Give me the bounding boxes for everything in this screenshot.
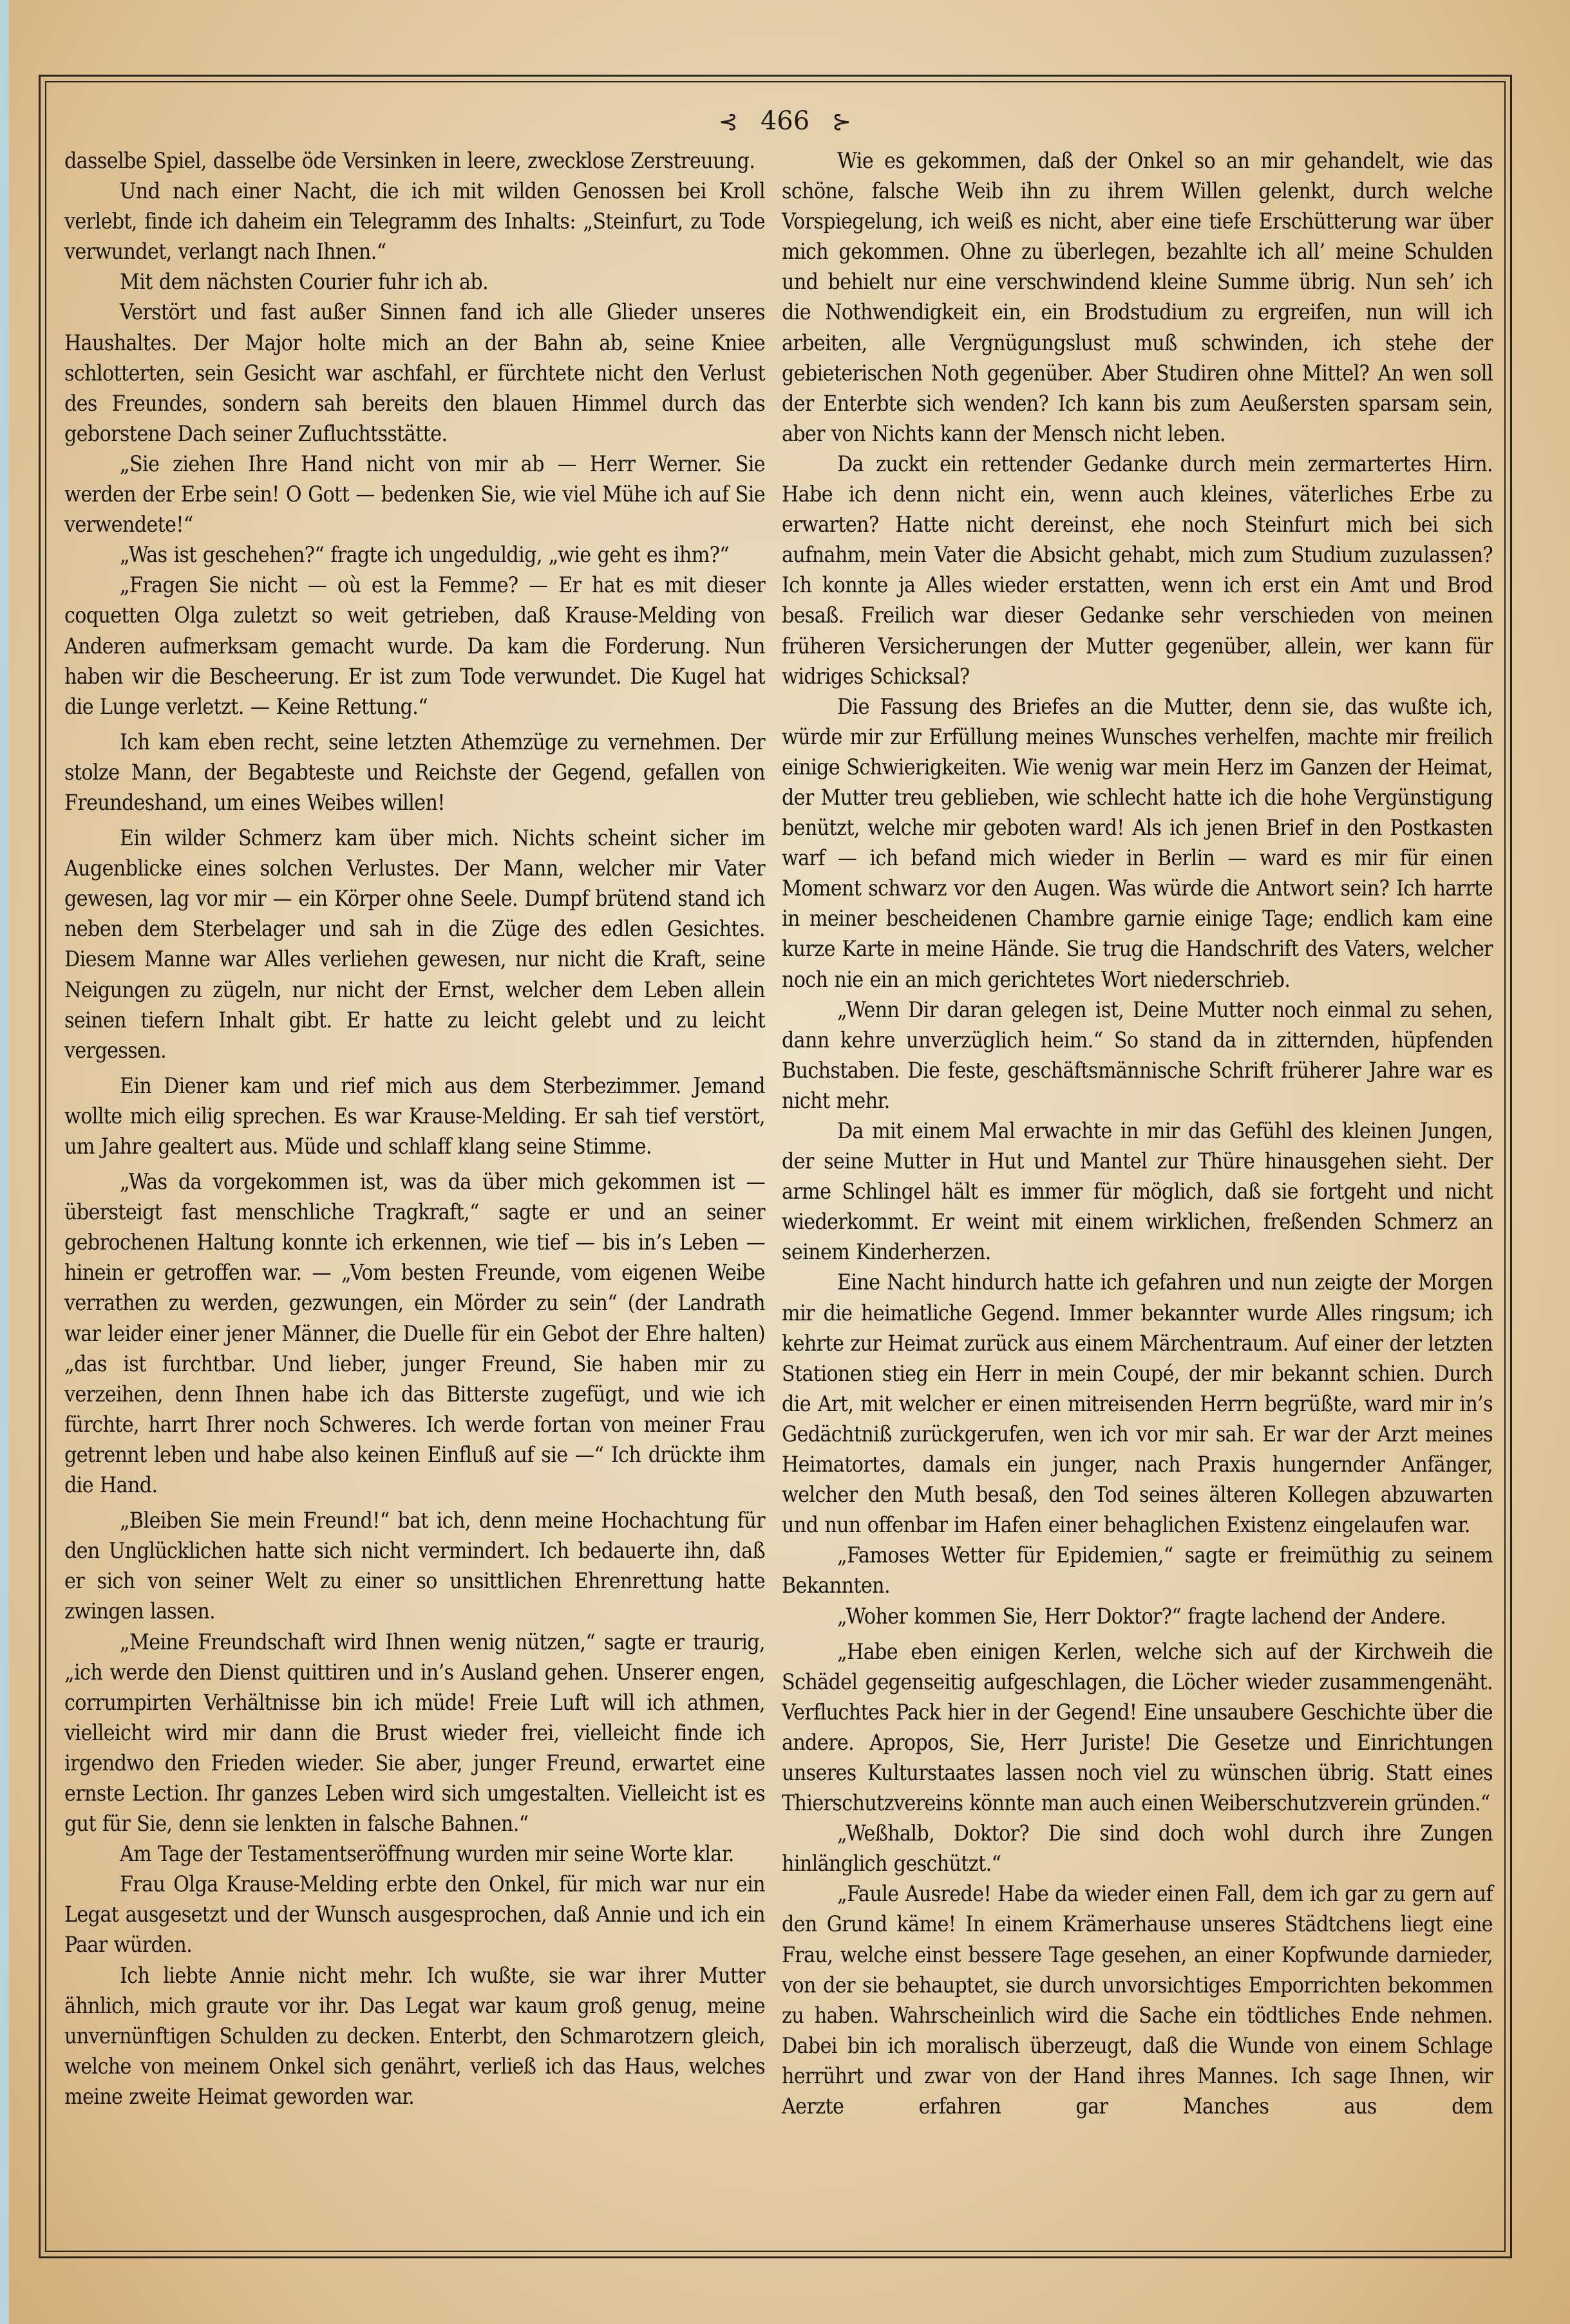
paragraph: dasselbe Spiel, dasselbe öde Versinken i… [64, 145, 765, 176]
ornament-right-icon: ⊱ [818, 109, 865, 135]
page-header: ⊰ 466 ⊱ [0, 103, 1570, 140]
text-column-right: Wie es gekommen, daß der Onkel so an mir… [782, 145, 1493, 2121]
scanner-edge [0, 0, 9, 2324]
paragraph: Am Tage der Testamentseröffnung wurden m… [64, 1839, 765, 1869]
paragraph: Wie es gekommen, daß der Onkel so an mir… [782, 145, 1493, 449]
paragraph: Und nach einer Nacht, die ich mit wilden… [64, 176, 765, 267]
paragraph: Frau Olga Krause-Melding erbte den Onkel… [64, 1869, 765, 1960]
paragraph: „Bleiben Sie mein Freund!“ bat ich, denn… [64, 1505, 765, 1626]
paragraph: Ein wilder Schmerz kam über mich. Nichts… [64, 823, 765, 1065]
paragraph: „Habe eben einigen Kerlen, welche sich a… [782, 1636, 1493, 1819]
page-number: 466 [761, 106, 809, 136]
paragraph: Eine Nacht hindurch hatte ich gefahren u… [782, 1267, 1493, 1540]
paragraph: „Meine Freundschaft wird Ihnen wenig nüt… [64, 1627, 765, 1839]
paragraph: Ein Diener kam und rief mich aus dem Ste… [64, 1071, 765, 1161]
paragraph: „Weßhalb, Doktor? Die sind doch wohl dur… [782, 1818, 1493, 1879]
paragraph: Da zuckt ein rettender Gedanke durch mei… [782, 449, 1493, 691]
paragraph: „Woher kommen Sie, Herr Doktor?“ fragte … [782, 1601, 1493, 1631]
paragraph: „Fragen Sie nicht — où est la Femme? — E… [64, 570, 765, 721]
paragraph: „Faule Ausrede! Habe da wieder einen Fal… [782, 1879, 1493, 2121]
paragraph: Da mit einem Mal erwachte in mir das Gef… [782, 1116, 1493, 1267]
paragraph: Mit dem nächsten Courier fuhr ich ab. [64, 267, 765, 297]
paragraph: „Was ist geschehen?“ fragte ich ungeduld… [64, 539, 765, 570]
paragraph: Die Fassung des Briefes an die Mutter, d… [782, 691, 1493, 995]
paragraph: „Wenn Dir daran gelegen ist, Deine Mutte… [782, 995, 1493, 1116]
paragraph: Ich liebte Annie nicht mehr. Ich wußte, … [64, 1960, 765, 2112]
text-column-left: dasselbe Spiel, dasselbe öde Versinken i… [64, 145, 765, 2112]
paragraph: „Was da vorgekommen ist, was da über mic… [64, 1167, 765, 1500]
paragraph: Verstört und fast außer Sinnen fand ich … [64, 297, 765, 448]
ornament-left-icon: ⊰ [705, 109, 752, 135]
paragraph: „Famoses Wetter für Epidemien,“ sagte er… [782, 1540, 1493, 1600]
paragraph: „Sie ziehen Ihre Hand nicht von mir ab —… [64, 449, 765, 539]
paragraph: Ich kam eben recht, seine letzten Athemz… [64, 727, 765, 818]
